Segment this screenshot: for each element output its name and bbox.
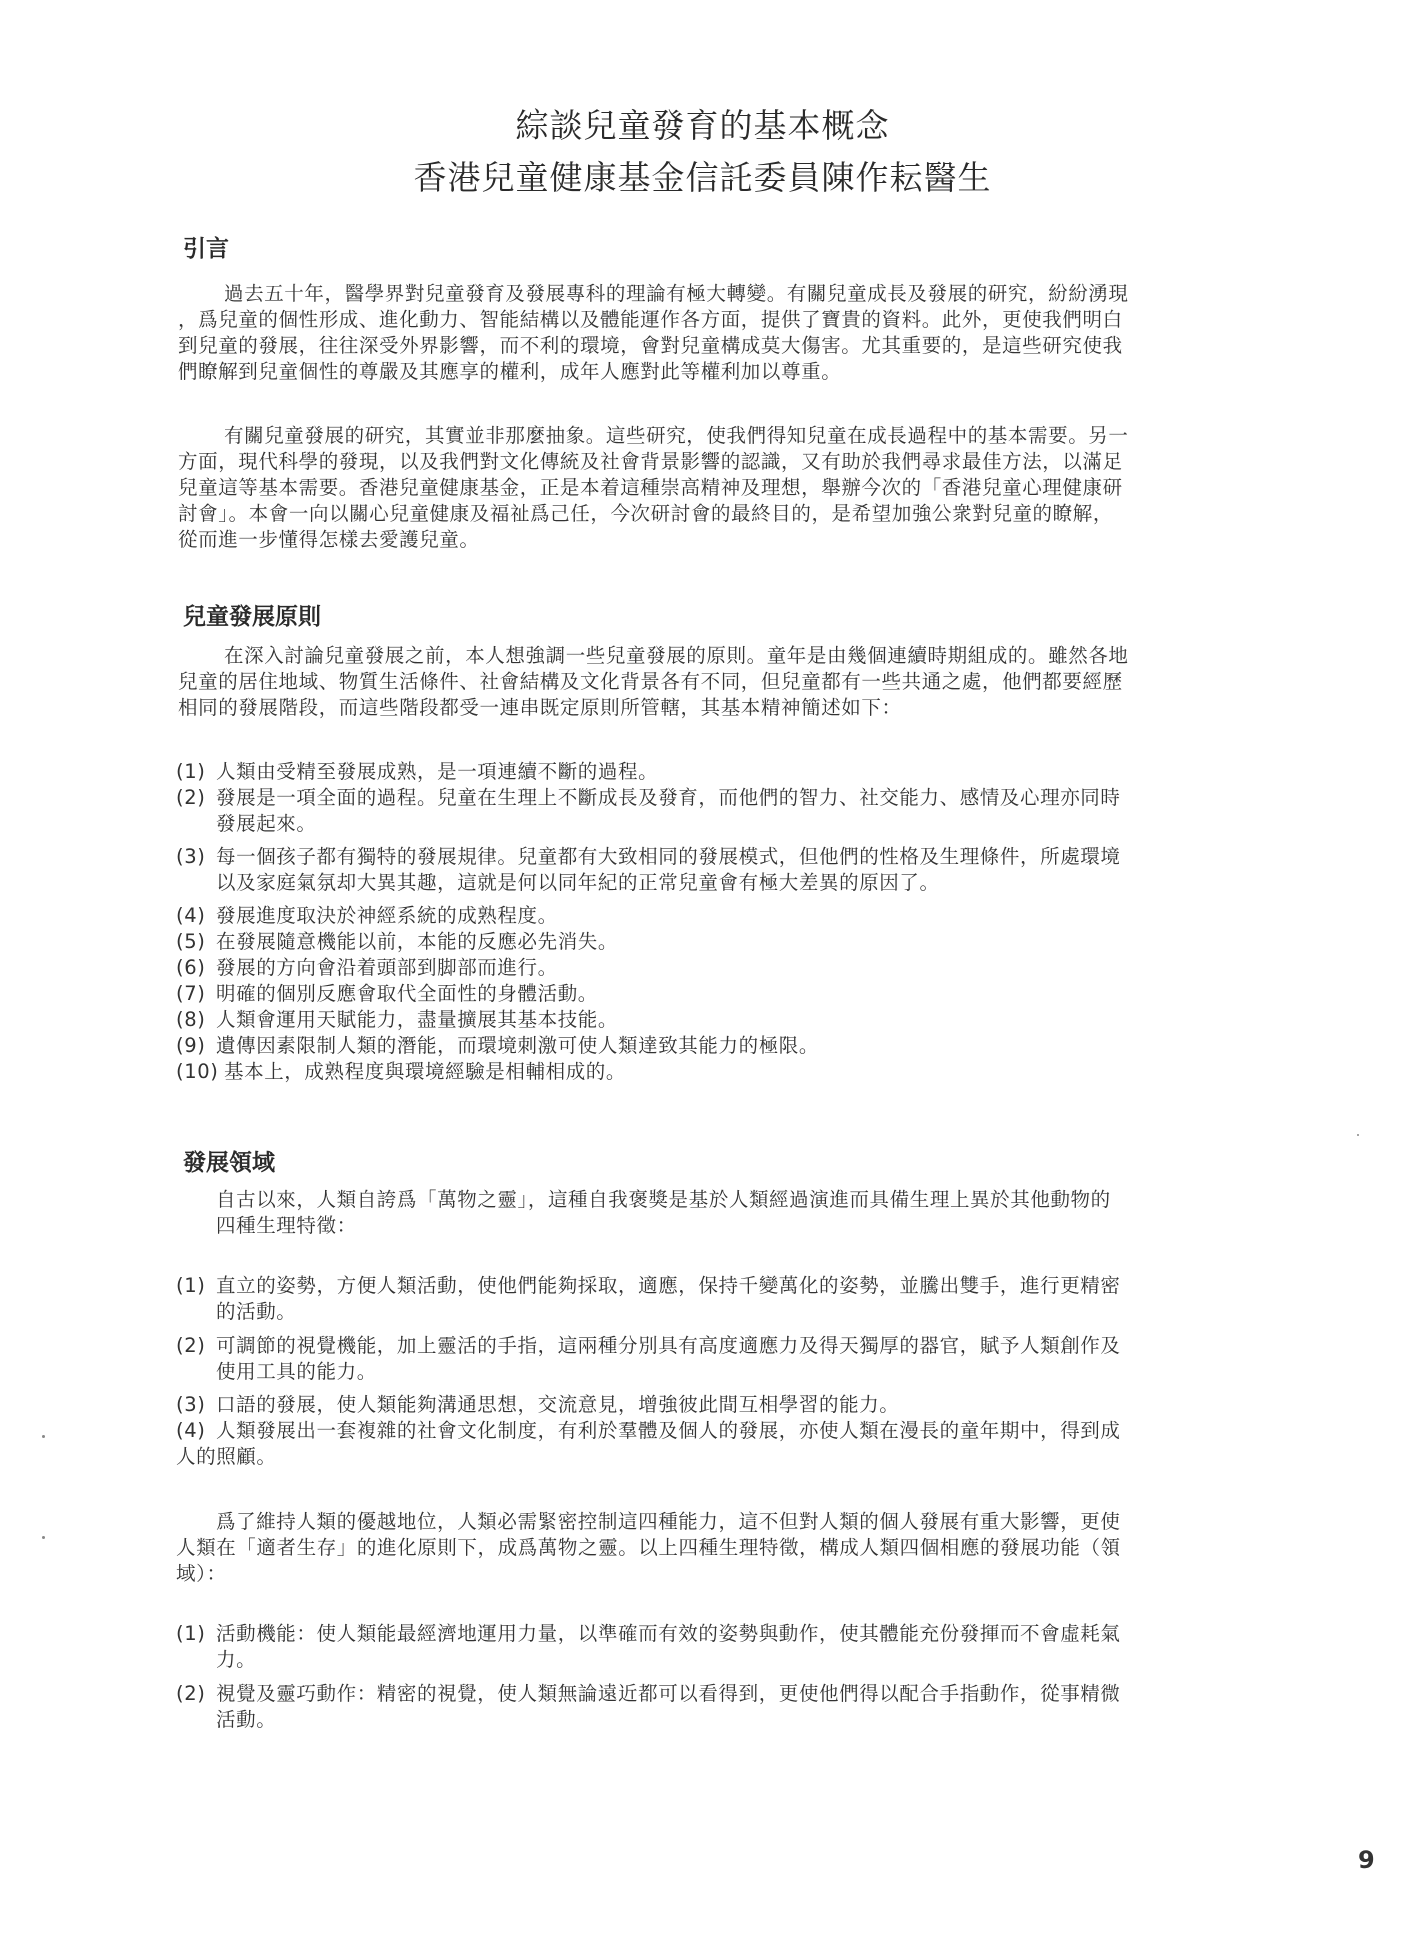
- list-item-label: (8): [176, 1008, 205, 1032]
- list-item-label: (10): [176, 1060, 218, 1084]
- list-item-label: (7): [176, 982, 205, 1006]
- paragraph-line: 從而進一步懂得怎樣去愛護兒童。: [178, 528, 480, 552]
- list-item-label: (4): [176, 1419, 205, 1443]
- list-item-text: 發展是一項全面的過程。兒童在生理上不斷成長及發育，而他們的智力、社交能力、感情及…: [216, 786, 1121, 810]
- scan-speck: [1357, 1134, 1359, 1136]
- list-item-text: 以及家庭氣氛却大異其趣，這就是何以同年紀的正常兒童會有極大差異的原因了。: [216, 871, 940, 895]
- list-item-label: (1): [176, 760, 205, 784]
- list-item-text: 基本上，成熟程度與環境經驗是相輔相成的。: [224, 1060, 626, 1084]
- paragraph-line: 域）：: [176, 1562, 227, 1586]
- list-item-label: (3): [176, 845, 205, 869]
- paragraph-line: 到兒童的發展，往往深受外界影響，而不利的環境，會對兒童構成莫大傷害。尤其重要的，…: [178, 334, 1123, 358]
- list-item-label: (1): [176, 1274, 205, 1298]
- list-item-label: (2): [176, 1682, 205, 1706]
- list-item-text: 遺傳因素限制人類的潛能，而環境刺激可使人類達致其能力的極限。: [216, 1034, 819, 1058]
- list-item-text: 發展的方向會沿着頭部到脚部而進行。: [216, 956, 558, 980]
- list-item-text: 人的照顧。: [176, 1445, 277, 1469]
- section-heading-development-domains: 發展領域: [183, 1144, 275, 1177]
- list-item-text: 人類由受精至發展成熟，是一項連續不斷的過程。: [216, 760, 658, 784]
- list-item-label: (3): [176, 1393, 205, 1417]
- list-item-label: (5): [176, 930, 205, 954]
- list-item-label: (1): [176, 1622, 205, 1646]
- section-heading-introduction: 引言: [183, 230, 229, 263]
- list-item-text: 人類發展出一套複雜的社會文化制度，有利於羣體及個人的發展，亦使人類在漫長的童年期…: [216, 1419, 1121, 1443]
- list-item-label: (4): [176, 904, 205, 928]
- scan-speck: [42, 1435, 45, 1438]
- list-item-text: 口語的發展，使人類能夠溝通思想，交流意見，增強彼此間互相學習的能力。: [216, 1393, 899, 1417]
- document-page: 綜談兒童發育的基本概念 香港兒童健康基金信託委員陳作耘醫生 引言 過去五十年，醫…: [0, 0, 1405, 1945]
- list-item-label: (2): [176, 786, 205, 810]
- paragraph-line: 方面，現代科學的發現，以及我們對文化傳統及社會背景影響的認識，又有助於我們尋求最…: [178, 450, 1123, 474]
- list-item-text: 的活動。: [216, 1300, 296, 1324]
- list-item-text: 每一個孩子都有獨特的發展規律。兒童都有大致相同的發展模式，但他們的性格及生理條件…: [216, 845, 1121, 869]
- paragraph-line: 有關兒童發展的研究，其實並非那麼抽象。這些研究，使我們得知兒童在成長過程中的基本…: [224, 424, 1129, 448]
- paragraph-line: 四種生理特徵：: [216, 1214, 357, 1238]
- paragraph-line: 過去五十年，醫學界對兒童發育及發展專科的理論有極大轉變。有關兒童成長及發展的研究…: [224, 282, 1129, 306]
- list-item-text: 活動機能：使人類能最經濟地運用力量，以準確而有效的姿勢與動作，使其體能充份發揮而…: [216, 1622, 1121, 1646]
- paragraph-line: 兒童的居住地域、物質生活條件、社會結構及文化背景各有不同，但兒童都有一些共通之處…: [178, 670, 1123, 694]
- list-item-text: 使用工具的能力。: [216, 1360, 377, 1384]
- paragraph-line: 爲了維持人類的優越地位，人類必需緊密控制這四種能力，這不但對人類的個人發展有重大…: [216, 1510, 1121, 1534]
- list-item-label: (9): [176, 1034, 205, 1058]
- list-item-text: 直立的姿勢，方便人類活動，使他們能夠採取，適應，保持千變萬化的姿勢，並騰出雙手，…: [216, 1274, 1121, 1298]
- paragraph-line: 們瞭解到兒童個性的尊嚴及其應享的權利，成年人應對此等權利加以尊重。: [178, 360, 841, 384]
- paragraph-line: ，爲兒童的個性形成、進化動力、智能結構以及體能運作各方面，提供了寶貴的資料。此外…: [178, 308, 1123, 332]
- list-item-label: (2): [176, 1334, 205, 1358]
- scan-speck: [42, 1536, 45, 1539]
- list-item-label: (6): [176, 956, 205, 980]
- paragraph-line: 人類在「適者生存」的進化原則下，成爲萬物之靈。以上四種生理特徵，構成人類四個相應…: [176, 1536, 1121, 1560]
- list-item-text: 發展進度取決於神經系統的成熟程度。: [216, 904, 558, 928]
- paragraph-line: 兒童這等基本需要。香港兒童健康基金，正是本着這種崇高精神及理想，舉辦今次的「香港…: [178, 476, 1123, 500]
- list-item-text: 力。: [216, 1648, 256, 1672]
- list-item-text: 活動。: [216, 1708, 276, 1732]
- list-item-text: 人類會運用天賦能力，盡量擴展其基本技能。: [216, 1008, 618, 1032]
- list-item-text: 發展起來。: [216, 812, 317, 836]
- page-number: 9: [1358, 1846, 1375, 1874]
- section-heading-development-principles: 兒童發展原則: [183, 598, 321, 631]
- document-title: 綜談兒童發育的基本概念: [0, 100, 1405, 147]
- paragraph-line: 討會」。本會一向以關心兒童健康及福祉爲己任，今次研討會的最終目的，是希望加強公衆…: [178, 502, 1113, 526]
- list-item-text: 在發展隨意機能以前，本能的反應必先消失。: [216, 930, 618, 954]
- list-item-text: 可調節的視覺機能，加上靈活的手指，這兩種分別具有高度適應力及得天獨厚的器官，賦予…: [216, 1334, 1121, 1358]
- paragraph-line: 相同的發展階段，而這些階段都受一連串既定原則所管轄，其基本精神簡述如下：: [178, 696, 902, 720]
- paragraph-line: 自古以來，人類自誇爲「萬物之靈」，這種自我褒獎是基於人類經過演進而具備生理上異於…: [216, 1188, 1111, 1212]
- list-item-text: 視覺及靈巧動作：精密的視覺，使人類無論遠近都可以看得到，更使他們得以配合手指動作…: [216, 1682, 1121, 1706]
- paragraph-line: 在深入討論兒童發展之前，本人想強調一些兒童發展的原則。童年是由幾個連續時期組成的…: [224, 644, 1129, 668]
- author-line: 香港兒童健康基金信託委員陳作耘醫生: [0, 152, 1405, 199]
- list-item-text: 明確的個別反應會取代全面性的身體活動。: [216, 982, 598, 1006]
